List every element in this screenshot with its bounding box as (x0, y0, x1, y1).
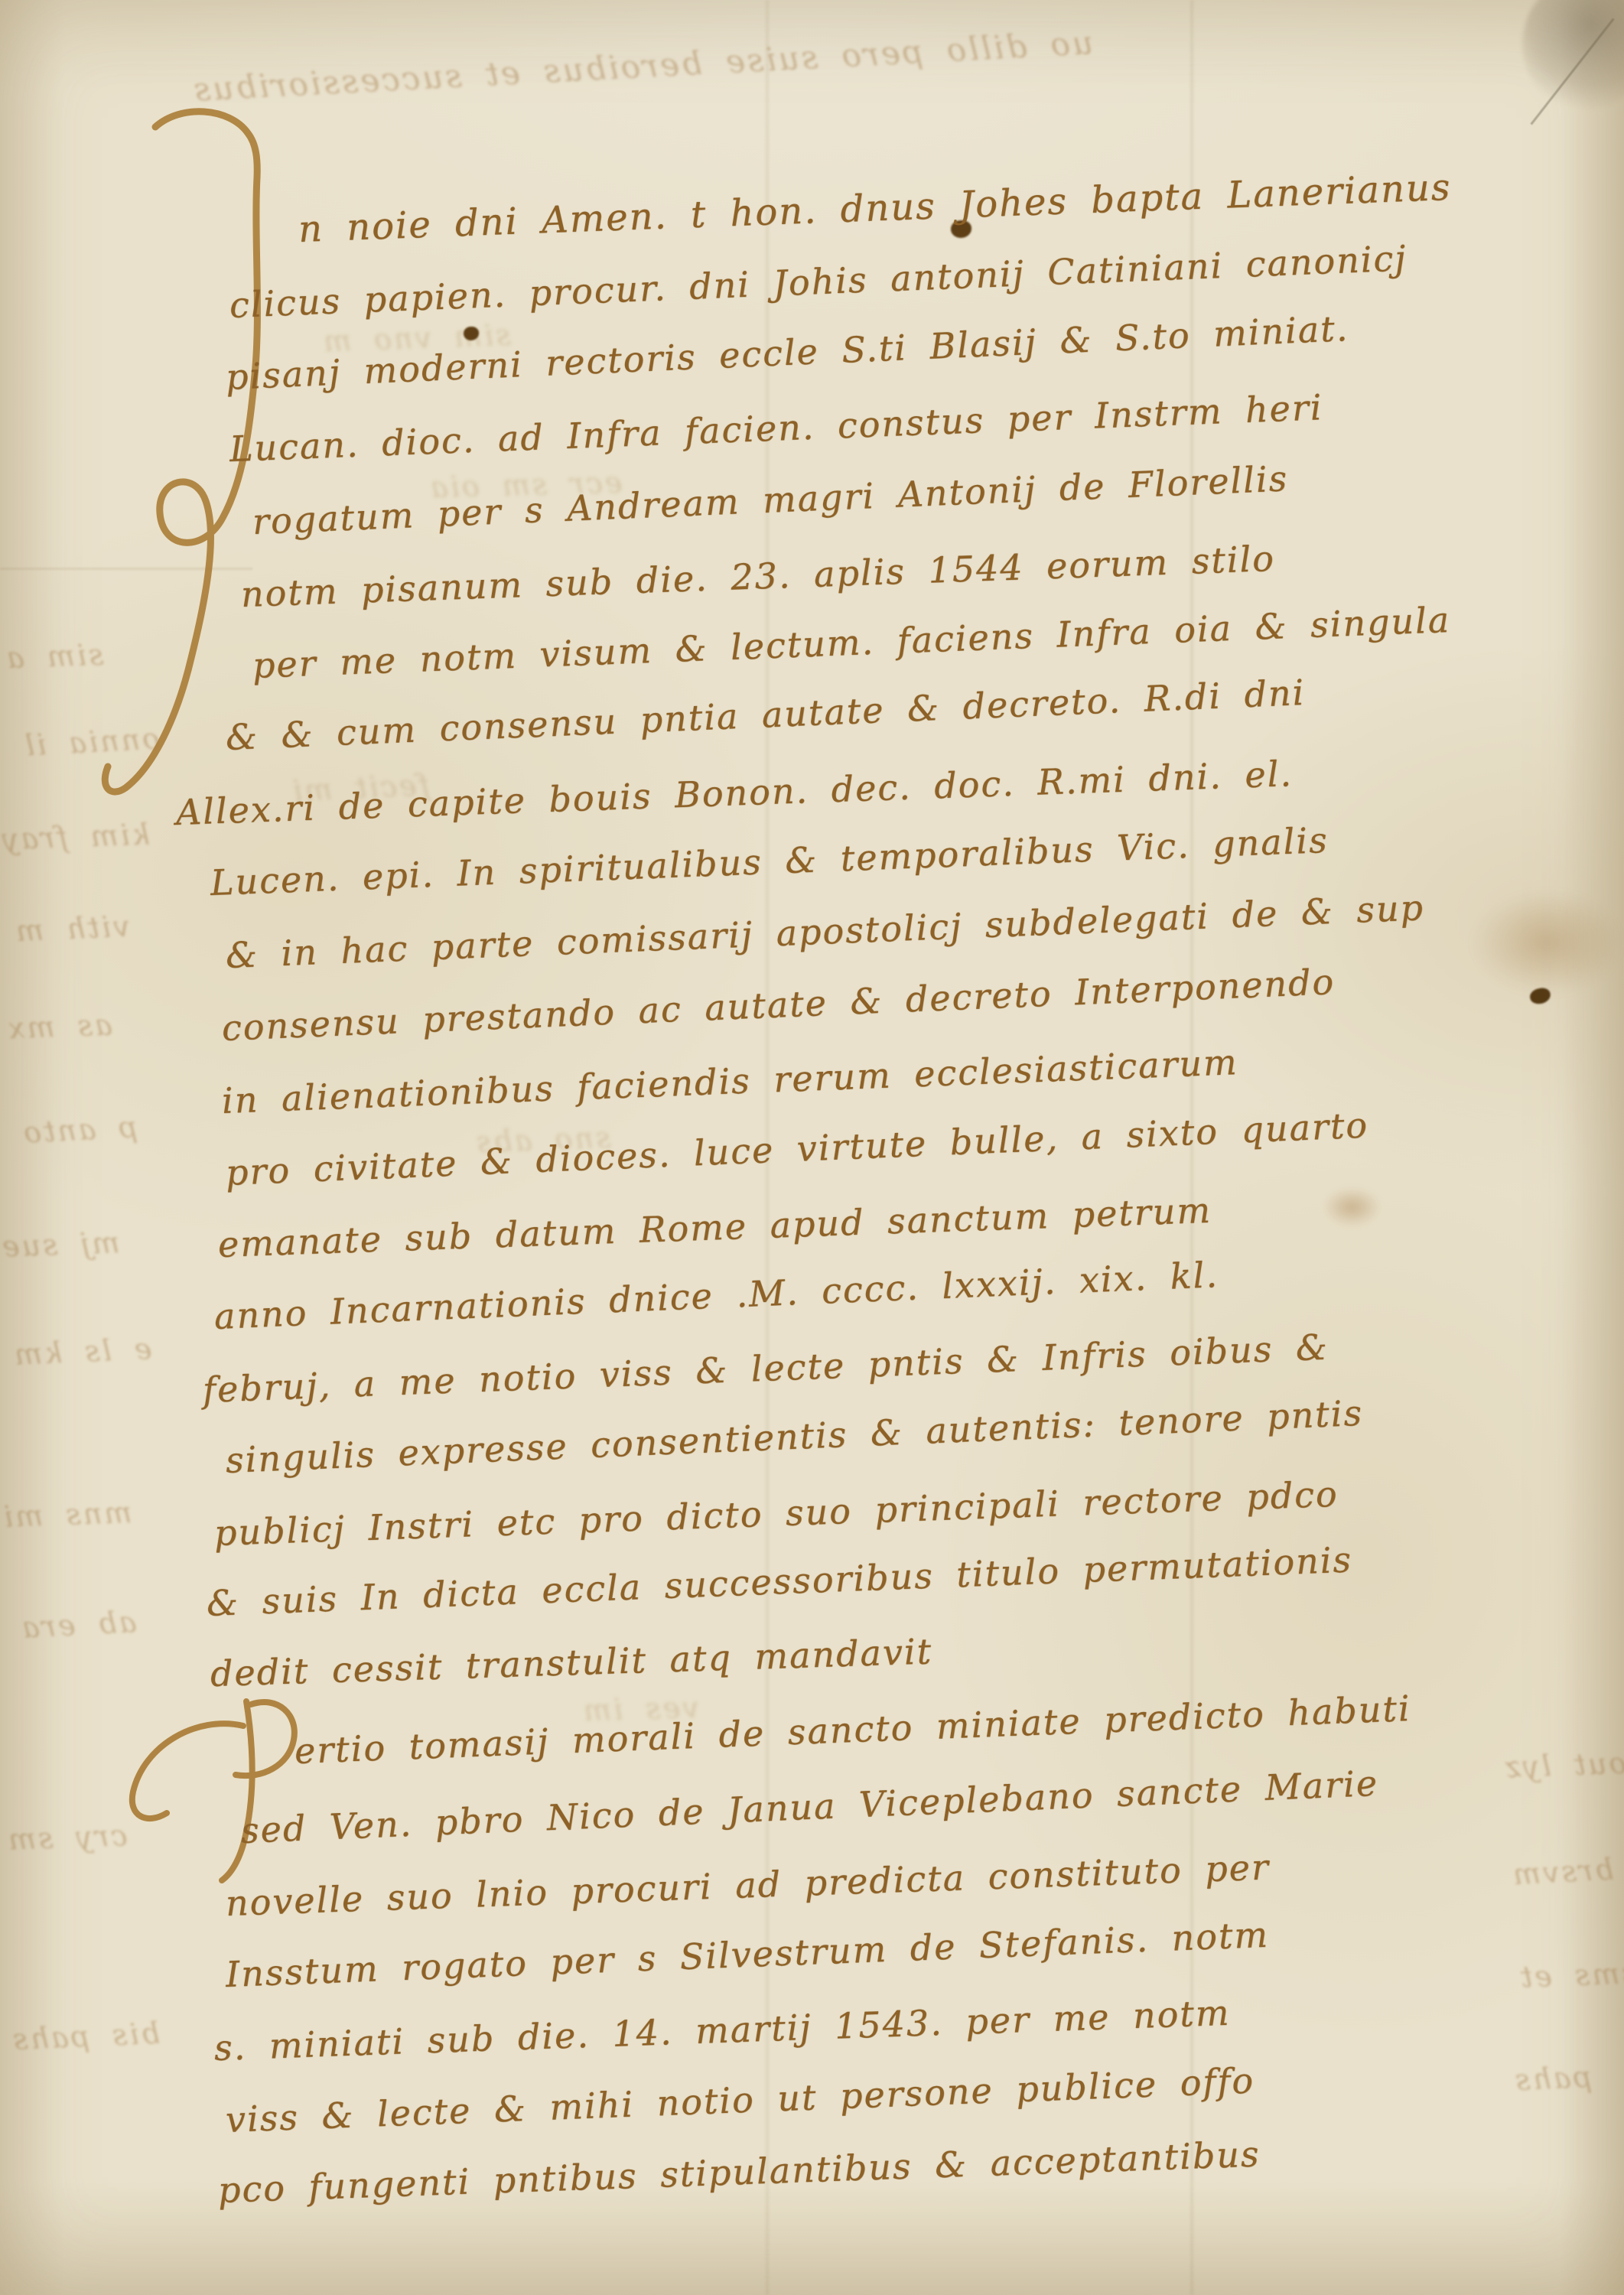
manuscript-line: Allex.ri de capite bouis Bonon. dec. doc… (175, 753, 1294, 833)
manuscript-line: viss & lecte & mihi notio ut persone pub… (225, 2059, 1255, 2140)
bleedthrough-text: mj sue (0, 1226, 120, 1263)
paragraph-initial-P (101, 1692, 315, 1899)
bleedthrough-text: kim fray (0, 818, 150, 857)
bleedthrough-text: mns mi (1, 1496, 132, 1534)
ink-blot (1528, 986, 1552, 1005)
stain (1473, 891, 1622, 994)
manuscript-line: pisanj moderni rectoris eccle S.ti Blasi… (225, 308, 1350, 398)
bleedthrough-text: sms et (1518, 1956, 1624, 1994)
bleedthrough-text: p anto (21, 1110, 138, 1150)
manuscript-line: februj, a me notio viss & lecte pntis & … (202, 1326, 1329, 1410)
manuscript-line: n noie dni Amen. t hon. dnus Johes bapta… (298, 166, 1452, 251)
manuscript-page: uo dillo pero suise beroibus et successi… (0, 0, 1624, 2295)
manuscript-line: & suis In dicta eccla successoribus titu… (206, 1538, 1353, 1624)
initial-p-stroke (132, 1701, 295, 1880)
manuscript-line: & & cum consensu pntia autate & decreto.… (225, 672, 1306, 758)
bleedthrough-text: bis pahs (10, 2017, 161, 2056)
manuscript-line: Insstum rogato per s Silvestrum de Stefa… (225, 1914, 1270, 1995)
bleedthrough-text: e ls km (11, 1332, 152, 1372)
manuscript-line: emanate sub datum Rome apud sanctum petr… (217, 1190, 1212, 1265)
bleedthrough-text: ab era (19, 1605, 137, 1645)
manuscript-line: publicj Instri etc pro dicto suo princip… (213, 1473, 1339, 1554)
manuscript-line: notm pisanum sub die. 23. aplis 1544 eor… (240, 538, 1276, 615)
paper-fiber-line (1530, 18, 1614, 125)
bleedthrough-text: as mx (5, 1008, 112, 1046)
manuscript-line: ertio tomasij morali de sancto miniate p… (294, 1688, 1412, 1772)
stain (1522, 0, 1624, 111)
bleedthrough-text: sim a (4, 638, 104, 675)
manuscript-line: consensu prestando ac autate & decreto I… (221, 961, 1336, 1049)
manuscript-line: Lucen. epi. In spiritualibus & temporali… (210, 819, 1329, 903)
bleedthrough-text: brsvm (1510, 1853, 1615, 1892)
manuscript-line: rogatum per s Andream magri Antonij de F… (252, 457, 1289, 542)
manuscript-line: & in hac parte comissarij apostolicj sub… (225, 887, 1425, 976)
manuscript-line: sed Ven. pbro Nico de Janua Viceplebano … (240, 1763, 1379, 1851)
manuscript-line: anno Incarnationis dnice .M. cccc. lxxxi… (213, 1254, 1219, 1337)
manuscript-line: in alienationibus faciendis rerum eccles… (221, 1041, 1239, 1121)
stain (1323, 1187, 1381, 1227)
manuscript-line: pco fungenti pntibus stipulantibus & acc… (217, 2133, 1261, 2211)
manuscript-line: singulis expresse consentientis & autent… (225, 1392, 1364, 1481)
manuscript-line: pro civitate & dioces. luce virtute bull… (225, 1104, 1369, 1193)
bleedthrough-text: uo dillo pero suise beroibus et successi… (191, 24, 1095, 109)
bleedthrough-text: dout lyz (1502, 1746, 1624, 1785)
manuscript-line: Lucan. dioc. ad Infra facien. constus pe… (229, 386, 1323, 470)
manuscript-line: novelle suo lnio procuri ad predicta con… (225, 1846, 1271, 1924)
manuscript-line: dedit cessit transtulit atq mandavit (210, 1630, 933, 1694)
bleedthrough-text: pahs (1512, 2060, 1593, 2097)
manuscript-line: s. miniati sub die. 14. martij 1543. per… (213, 1992, 1231, 2069)
bleedthrough-text: vith m (13, 910, 130, 949)
